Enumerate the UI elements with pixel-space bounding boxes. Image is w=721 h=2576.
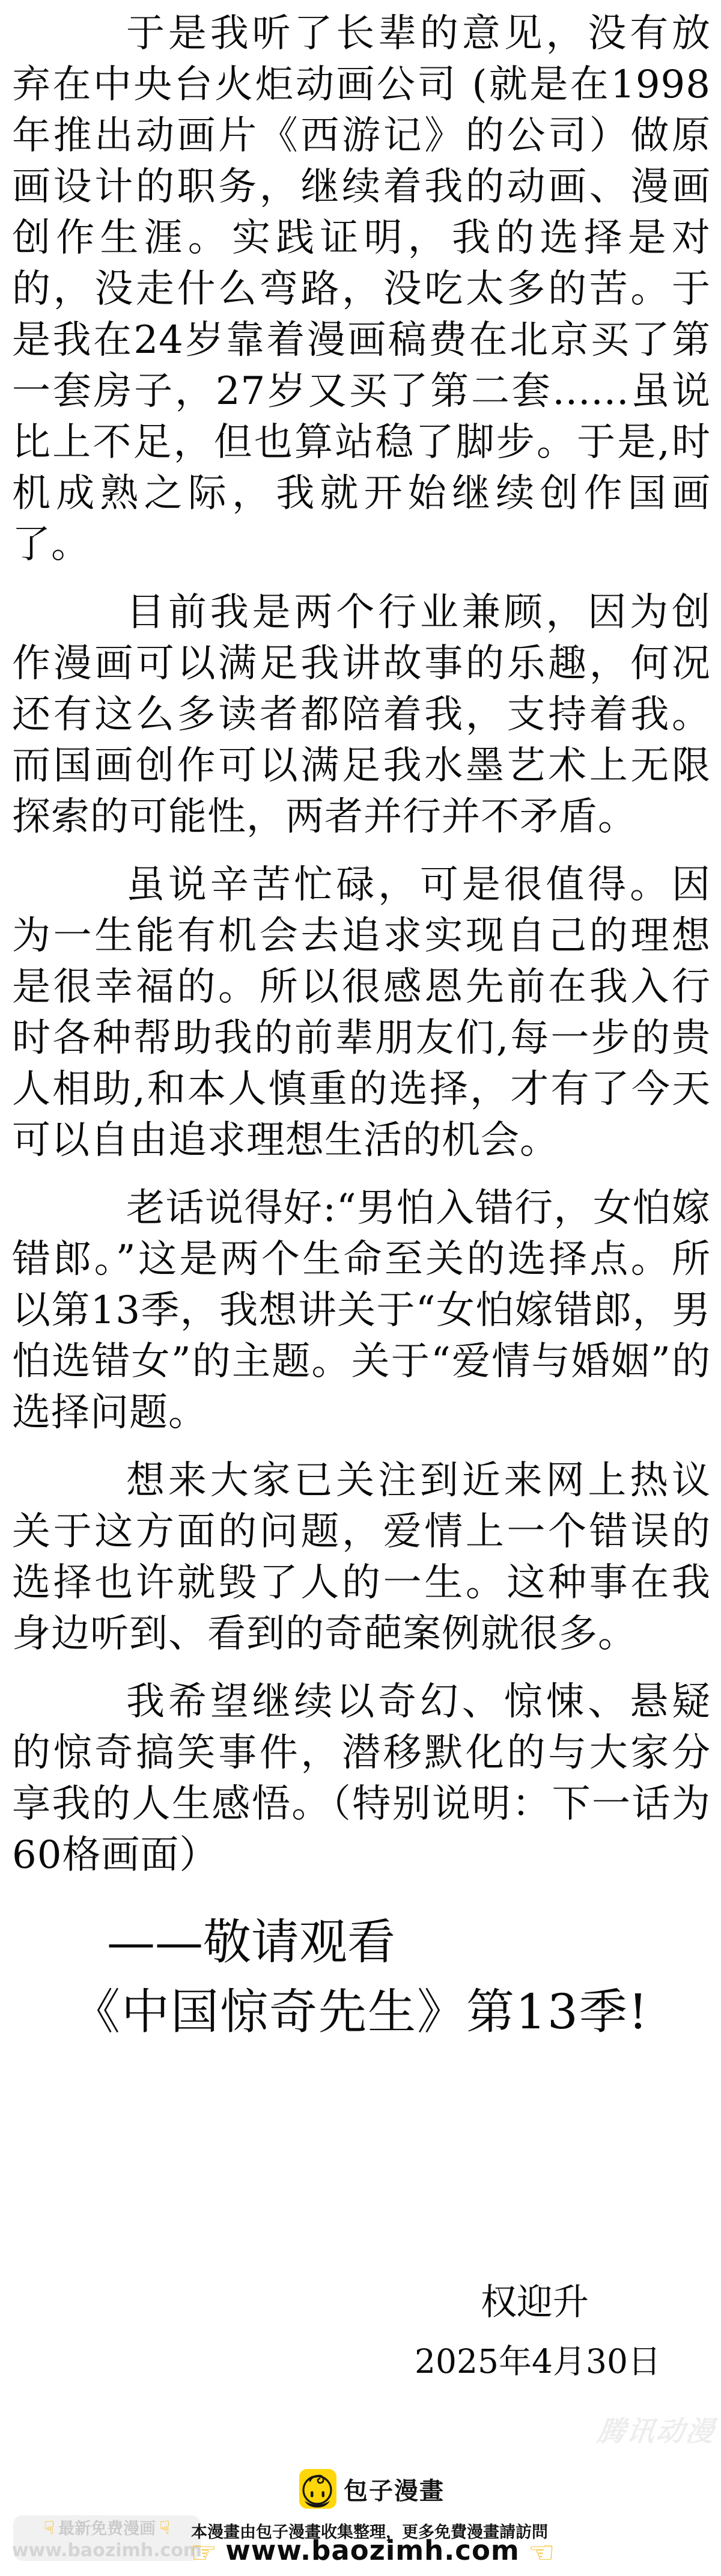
footer-url-row: ☞www.baozimh.com☜	[0, 2535, 721, 2570]
paragraph: 老话说得好:“男怕入错行，女怕嫁错郎。”这是两个生命至关的选择点。所以第13季，…	[12, 1183, 711, 1439]
paragraph: 目前我是两个行业兼顾，因为创作漫画可以满足我讲故事的乐趣，何况还有这么多读者都陪…	[12, 587, 711, 843]
closing-line-1: ——敬请观看	[12, 1908, 711, 1977]
latest-free-comics-badge: ☟最新免费漫画☟ www.baozimh.com	[13, 2515, 201, 2561]
badge-label-row: ☟最新免费漫画☟	[40, 2515, 174, 2539]
signature-date: 2025年4月30日	[415, 2335, 655, 2382]
paragraph: 想来大家已关注到近来网上热议关于这方面的问题，爱情上一个错误的选择也许就毁了人的…	[12, 1455, 711, 1660]
pointer-down-icon: ☟	[156, 2518, 174, 2539]
baozi-bun-icon	[299, 2467, 336, 2511]
pointer-left-icon: ☜	[528, 2535, 555, 2570]
baozi-brand: 包子漫畫	[299, 2467, 445, 2511]
footer-notice: 本漫畫由包子漫畫收集整理，更多免費漫畫請訪問	[0, 2519, 721, 2542]
paragraph: 于是我听了长辈的意见，没有放弃在中央台火炬动画公司 (就是在1998年推出动画片…	[12, 8, 711, 571]
site-url: www.baozimh.com	[225, 2535, 520, 2566]
closing-announcement: ——敬请观看 《中国惊奇先生》第13季!	[12, 1908, 711, 2047]
author-note: 于是我听了长辈的意见，没有放弃在中央台火炬动画公司 (就是在1998年推出动画片…	[12, 8, 711, 2047]
badge-url: www.baozimh.com	[12, 2540, 202, 2561]
pointer-down-icon: ☟	[40, 2518, 58, 2539]
brand-name: 包子漫畫	[344, 2472, 445, 2506]
paragraph: 虽说辛苦忙碌，可是很值得。因为一生能有机会去追求实现自己的理想是很幸福的。所以很…	[12, 860, 711, 1166]
author-signature: 权迎升	[415, 2274, 655, 2325]
badge-label: 最新免费漫画	[58, 2519, 156, 2538]
pointer-right-icon: ☞	[190, 2535, 217, 2570]
paragraph: 我希望继续以奇幻、惊悚、悬疑的惊奇搞笑事件，潜移默化的与大家分享我的人生感悟。（…	[12, 1677, 711, 1881]
closing-line-2: 《中国惊奇先生》第13季!	[12, 1977, 711, 2047]
signature-block: 权迎升 2025年4月30日	[415, 2274, 655, 2382]
tencent-comics-watermark: 腾讯动漫	[595, 2409, 718, 2449]
